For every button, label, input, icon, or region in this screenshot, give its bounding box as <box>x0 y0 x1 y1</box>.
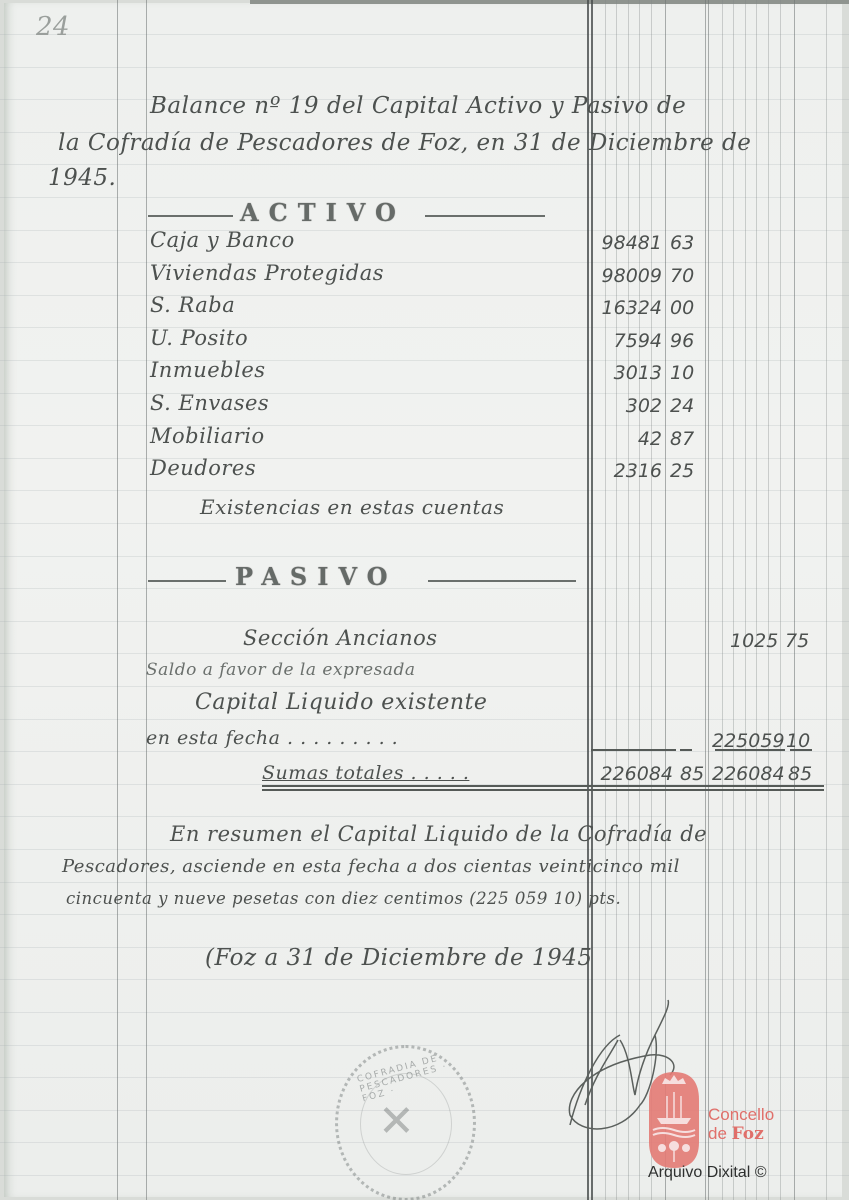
title-line-3: 1945. <box>48 165 116 191</box>
activo-rule-right <box>425 215 545 217</box>
vertical-rule <box>768 0 769 1200</box>
pasivo-heading: PASIVO <box>235 562 398 591</box>
totals-label: Sumas totales . . . . . <box>262 762 469 784</box>
activo-item-pesetas: 98481 <box>592 232 662 254</box>
brand-bold: Foz <box>732 1124 764 1144</box>
cofradia-stamp: ✕ COFRADIA DE PESCADORES · FOZ · <box>335 1045 476 1200</box>
totals-double-rule-1 <box>262 785 824 787</box>
activo-item-pesetas: 98009 <box>592 265 662 287</box>
activo-item-label: Deudores <box>150 456 256 480</box>
activo-item-label: Inmuebles <box>150 358 266 382</box>
activo-item-centimos: 10 <box>670 362 700 384</box>
activo-item-pesetas: 302 <box>592 395 662 417</box>
activo-cents-underline <box>680 749 692 751</box>
seccion-ancianos-centimos: 75 <box>785 630 813 652</box>
capital-line-2: en esta fecha . . . . . . . . . <box>146 727 398 749</box>
activo-note: Existencias en estas cuentas <box>200 495 504 519</box>
activo-item-centimos: 00 <box>670 297 700 319</box>
summary-line-3: cincuenta y nueve pesetas con diez centi… <box>66 889 621 908</box>
activo-item-label: Mobiliario <box>150 424 265 448</box>
saldo-line: Saldo a favor de la expresada <box>146 660 416 680</box>
summary-line-2: Pescadores, asciende en esta fecha a dos… <box>62 856 680 877</box>
crossed-oars-icon: ✕ <box>378 1096 415 1147</box>
activo-item-label: U. Posito <box>150 326 248 350</box>
activo-item-pesetas: 16324 <box>592 297 662 319</box>
activo-item-label: S. Envases <box>150 391 269 415</box>
total-activo-centimos: 85 <box>680 763 708 785</box>
vertical-rule <box>745 0 746 1200</box>
vertical-rule <box>146 0 147 1200</box>
activo-item-pesetas: 7594 <box>592 330 662 352</box>
vertical-rule <box>722 0 723 1200</box>
brand-prefix: de <box>708 1124 732 1143</box>
activo-item-label: S. Raba <box>150 293 235 317</box>
activo-item-centimos: 63 <box>670 232 700 254</box>
activo-item-label: Caja y Banco <box>150 228 295 252</box>
capital-line-1: Capital Liquido existente <box>195 690 487 715</box>
title-line-2: la Cofradía de Pescadores de Foz, en 31 … <box>58 130 751 156</box>
vertical-rule <box>780 0 781 1200</box>
vertical-rule <box>826 0 827 1200</box>
activo-item-pesetas: 3013 <box>592 362 662 384</box>
activo-item-centimos: 70 <box>670 265 700 287</box>
ledger-page <box>4 3 842 1197</box>
activo-item-pesetas: 42 <box>592 428 662 450</box>
brand-line-1: Concello <box>708 1105 774 1125</box>
total-pasivo-pesetas: 226084 <box>712 763 782 785</box>
pasivo-rule-left <box>148 580 226 582</box>
page-top-edge <box>250 0 849 4</box>
activo-item-centimos: 25 <box>670 460 700 482</box>
activo-item-centimos: 87 <box>670 428 700 450</box>
activo-item-centimos: 96 <box>670 330 700 352</box>
place-date: (Foz a 31 de Diciembre de 1945 <box>205 945 592 971</box>
pasivo-rule-right <box>428 580 576 582</box>
vertical-rule <box>705 0 706 1200</box>
activo-item-centimos: 24 <box>670 395 700 417</box>
archive-credit: Arquivo Dixital © <box>648 1164 767 1182</box>
pasivo-col-underline <box>715 749 785 751</box>
vertical-rule <box>708 0 709 1200</box>
total-pasivo-centimos: 85 <box>788 763 816 785</box>
title-line-1: Balance nº 19 del Capital Activo y Pasiv… <box>150 93 686 119</box>
pasivo-cents-underline <box>790 749 812 751</box>
activo-item-pesetas: 2316 <box>592 460 662 482</box>
summary-line-1: En resumen el Capital Liquido de la Cofr… <box>170 822 707 846</box>
total-activo-pesetas: 226084 <box>588 763 673 785</box>
activo-heading: ACTIVO <box>240 198 406 227</box>
vertical-rule <box>117 0 118 1200</box>
seccion-ancianos-pesetas: 1025 <box>730 630 774 652</box>
vertical-rule <box>733 0 734 1200</box>
page-number: 24 <box>36 12 70 42</box>
seccion-ancianos-label: Sección Ancianos <box>243 626 438 650</box>
concello-foz-crest-icon <box>647 1070 701 1170</box>
activo-col-underline <box>591 749 676 751</box>
vertical-rule <box>794 0 795 1200</box>
totals-double-rule-2 <box>262 789 824 791</box>
activo-item-label: Viviendas Protegidas <box>150 261 384 285</box>
vertical-rule <box>756 0 757 1200</box>
brand-line-2: de Foz <box>708 1124 764 1144</box>
activo-rule-left <box>148 215 233 217</box>
